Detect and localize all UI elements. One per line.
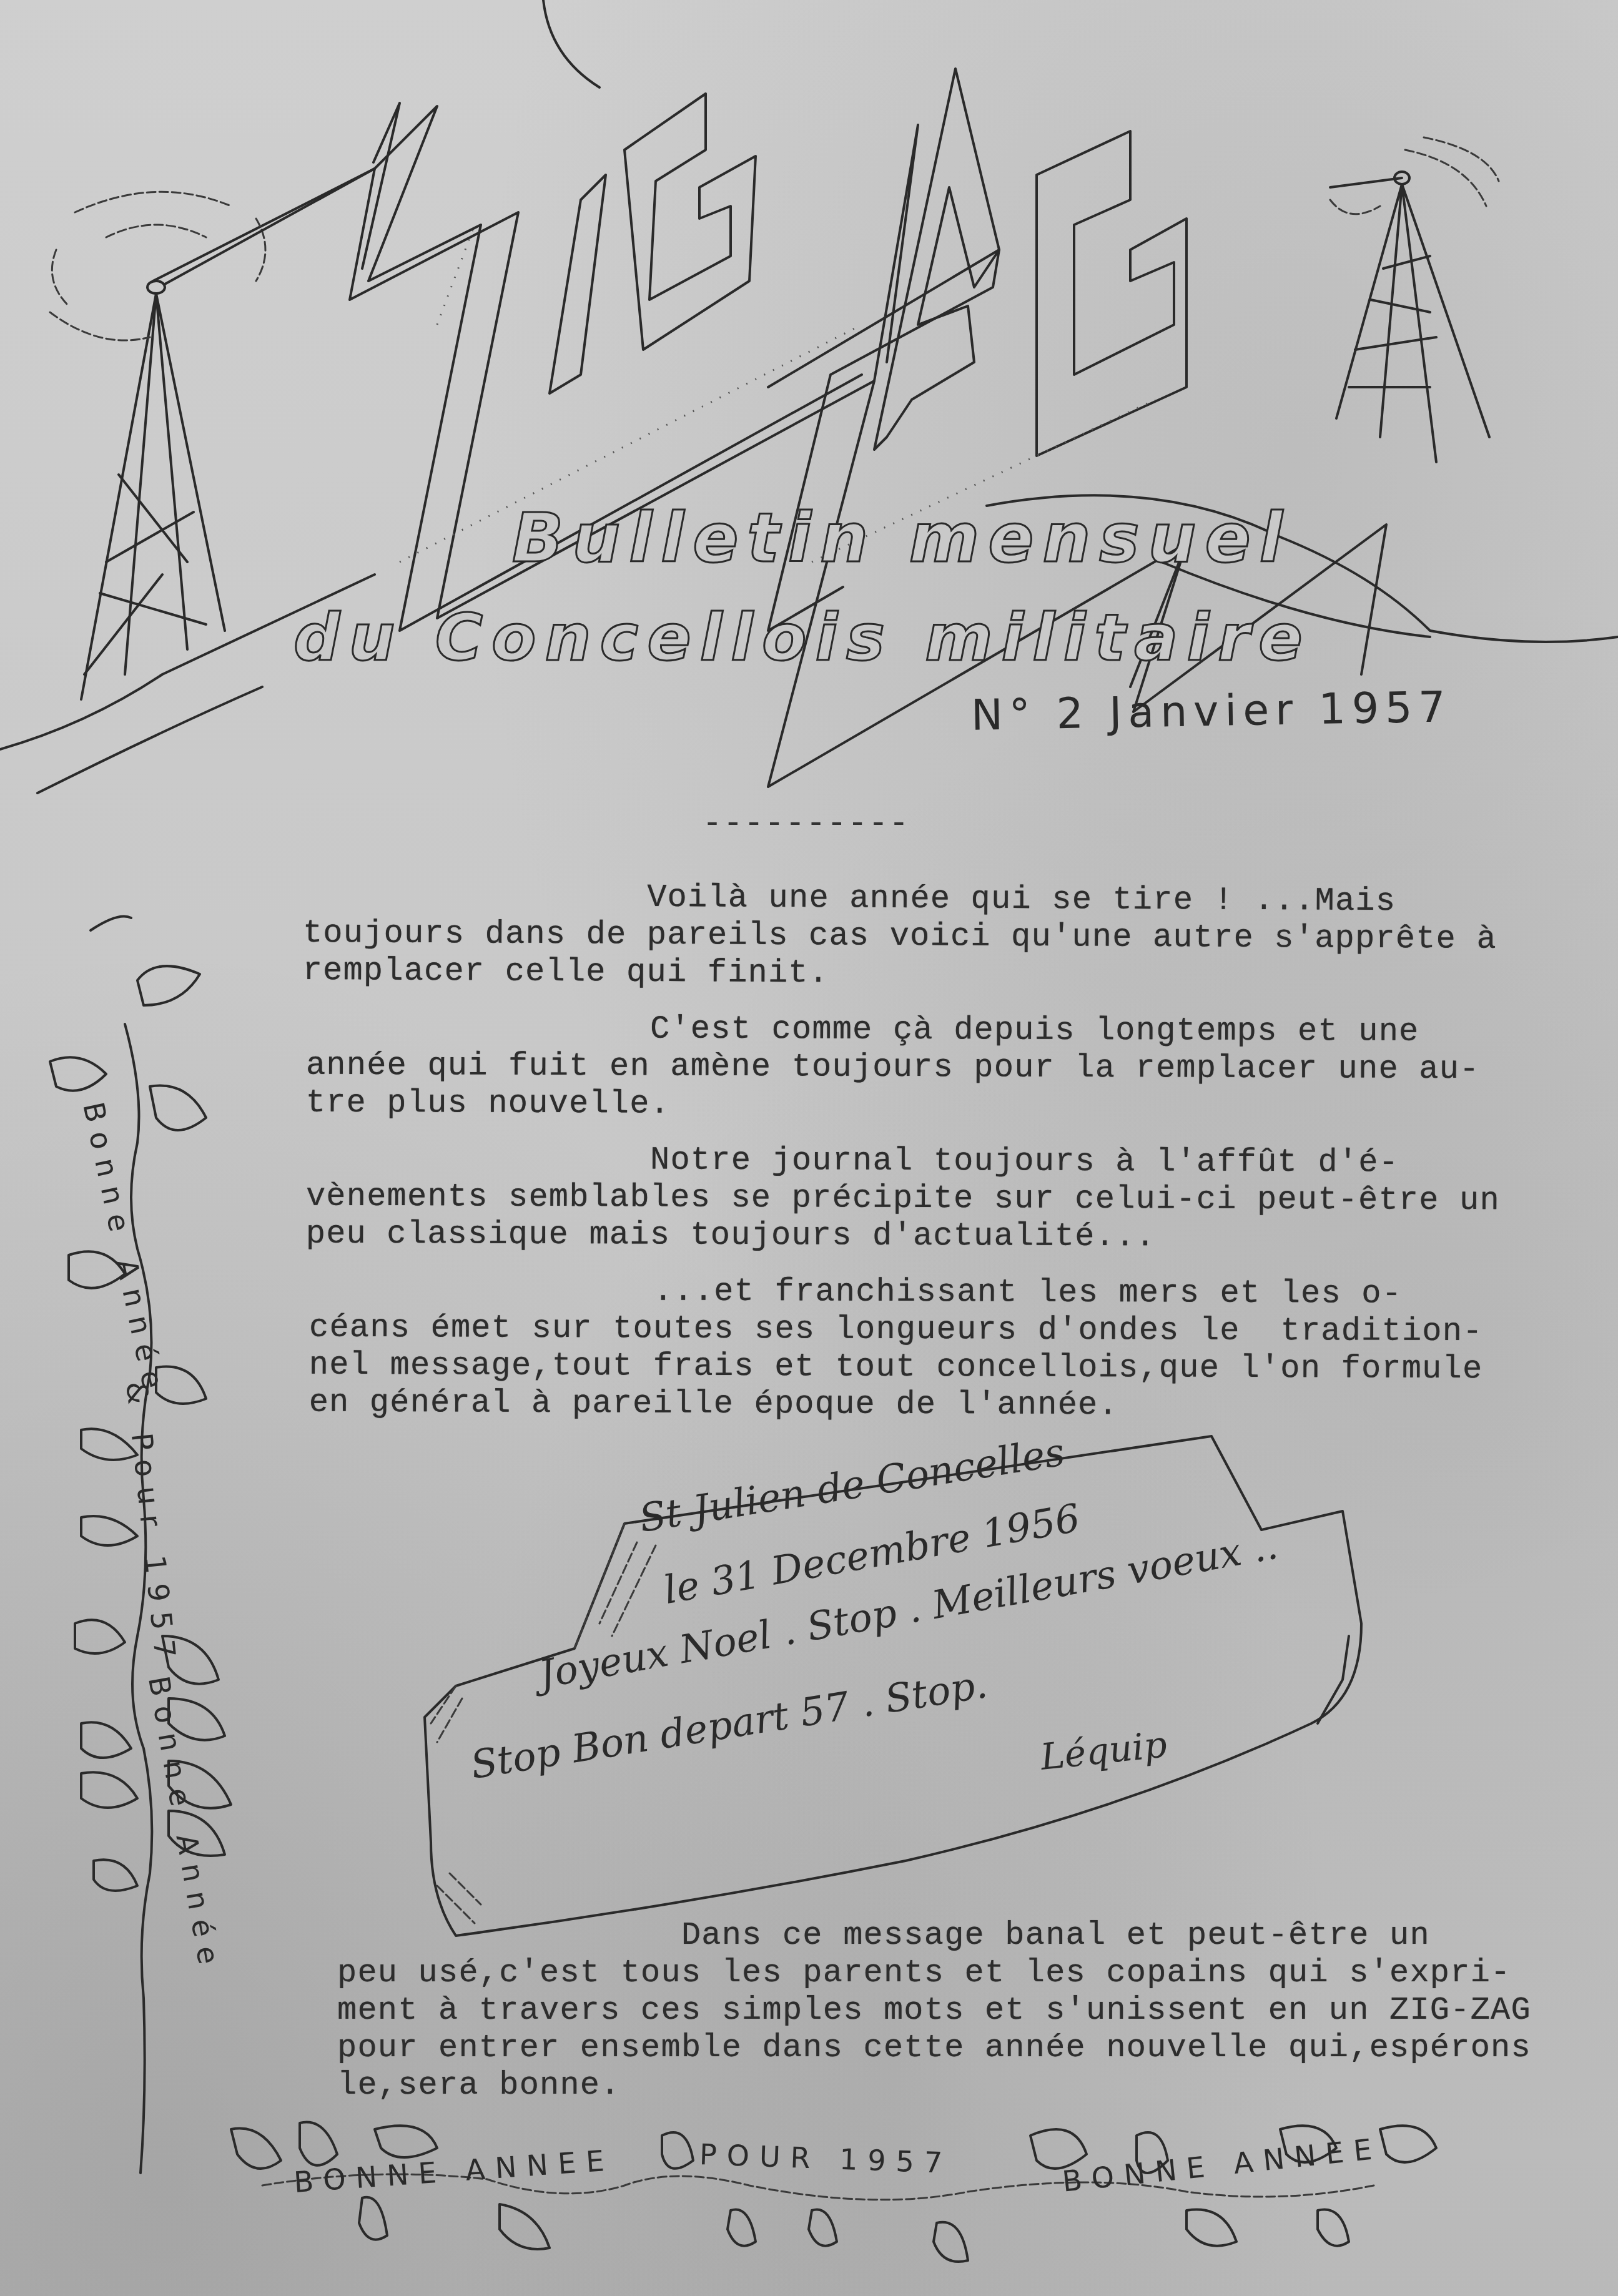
issue-number-date: N° 2 Janvier 1957: [970, 682, 1452, 740]
paragraph-5: Dans ce message banal et peut-être un pe…: [337, 1917, 1531, 2104]
paragraph-4: ...et franchissant les mers et les o- cé…: [309, 1272, 1483, 1426]
postmark-stamp-arc: [543, 0, 599, 87]
subtitle-line-2: du Concellois militaire: [294, 599, 1311, 676]
paragraph-2: C'est comme çà depuis longtemps et une a…: [306, 1010, 1480, 1126]
paragraph-1: Voilà une année qui se tire ! ...Mais to…: [303, 877, 1497, 996]
section-divider: ----------: [703, 806, 910, 842]
zigzag-title-logo: [153, 69, 1386, 787]
paragraph-3: Notre journal toujours à l'affût d'é- vè…: [306, 1141, 1501, 1258]
subtitle-line-1: Bulletin mensuel: [512, 500, 1291, 578]
